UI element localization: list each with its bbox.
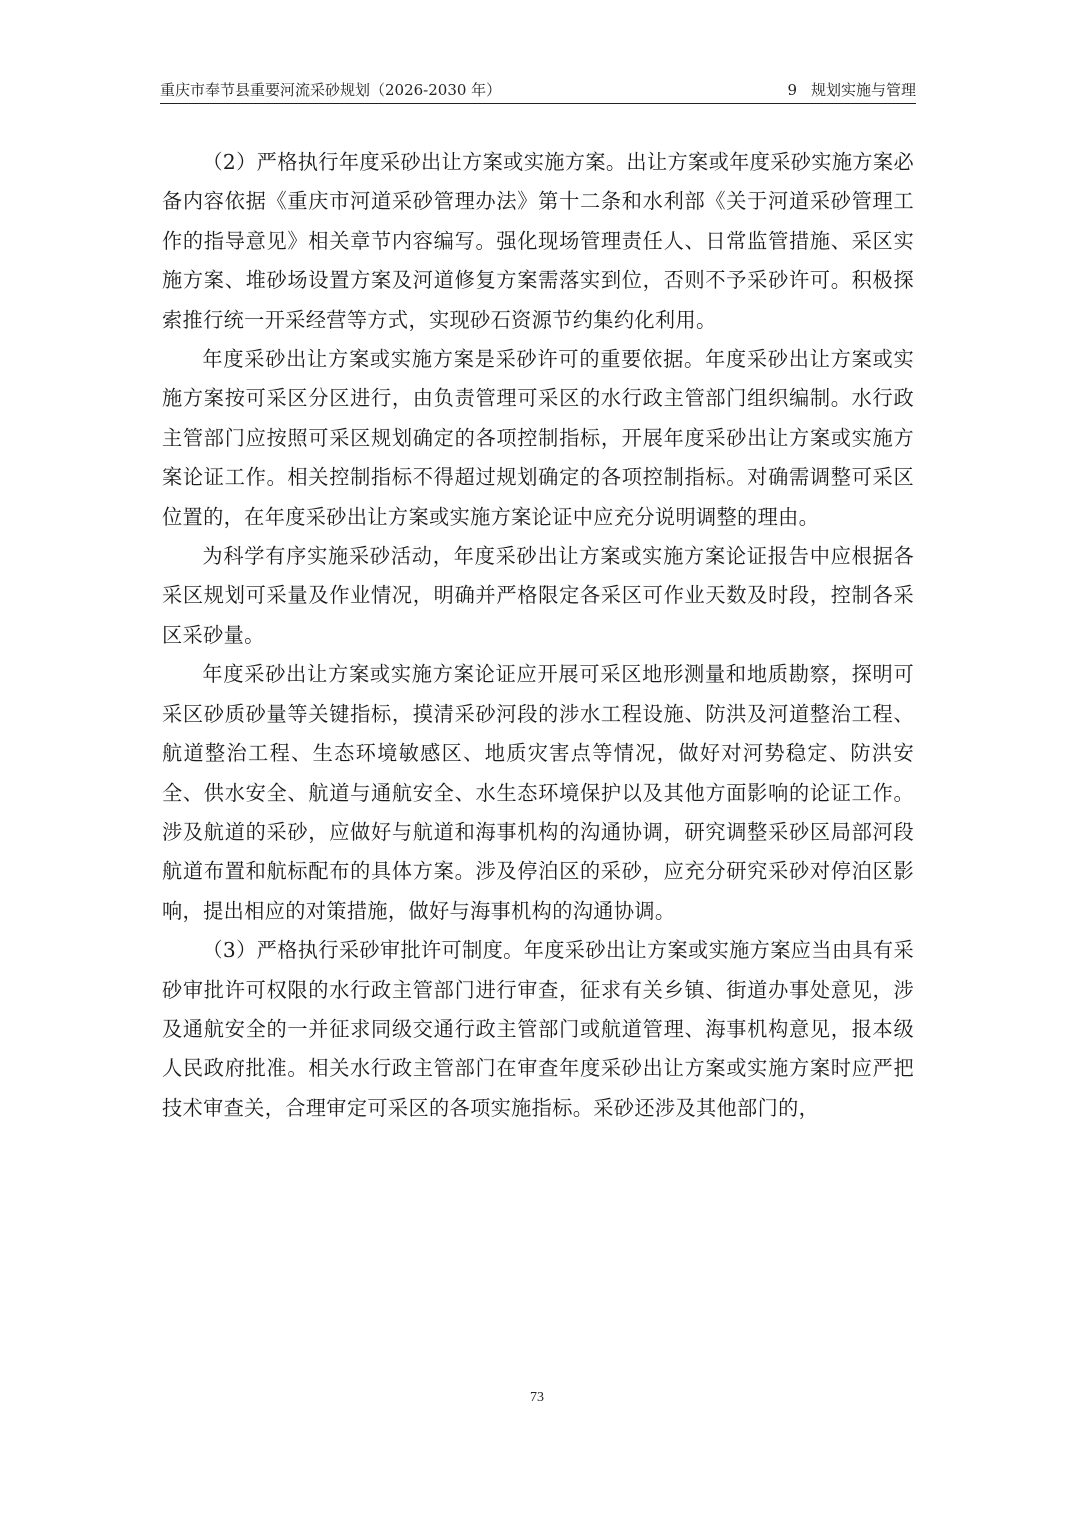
paragraph-orderly-mining: 为科学有序实施采砂活动，年度采砂出让方案或实施方案论证报告中应根据各采区规划可采… — [162, 537, 914, 655]
paragraph-item-3-approval: （3）严格执行采砂审批许可制度。年度采砂出让方案或实施方案应当由具有采砂审批许可… — [162, 931, 914, 1128]
paragraph-item-2-plan: （2）严格执行年度采砂出让方案或实施方案。出让方案或年度采砂实施方案必备内容依据… — [162, 143, 914, 340]
chapter-number: 9 — [787, 81, 797, 99]
document-title: 重庆市奉节县重要河流采砂规划（2026-2030 年） — [160, 80, 501, 100]
body-text: （2）严格执行年度采砂出让方案或实施方案。出让方案或年度采砂实施方案必备内容依据… — [162, 143, 914, 1128]
chapter-title: 规划实施与管理 — [811, 81, 916, 99]
running-header: 重庆市奉节县重要河流采砂规划（2026-2030 年） 9规划实施与管理 — [160, 76, 916, 104]
paragraph-survey-requirements: 年度采砂出让方案或实施方案论证应开展可采区地形测量和地质勘察，探明可采区砂质砂量… — [162, 655, 914, 931]
page-number: 73 — [0, 1390, 1074, 1406]
chapter-heading: 9规划实施与管理 — [787, 80, 916, 100]
paragraph-annual-plan-basis: 年度采砂出让方案或实施方案是采砂许可的重要依据。年度采砂出让方案或实施方案按可采… — [162, 340, 914, 537]
